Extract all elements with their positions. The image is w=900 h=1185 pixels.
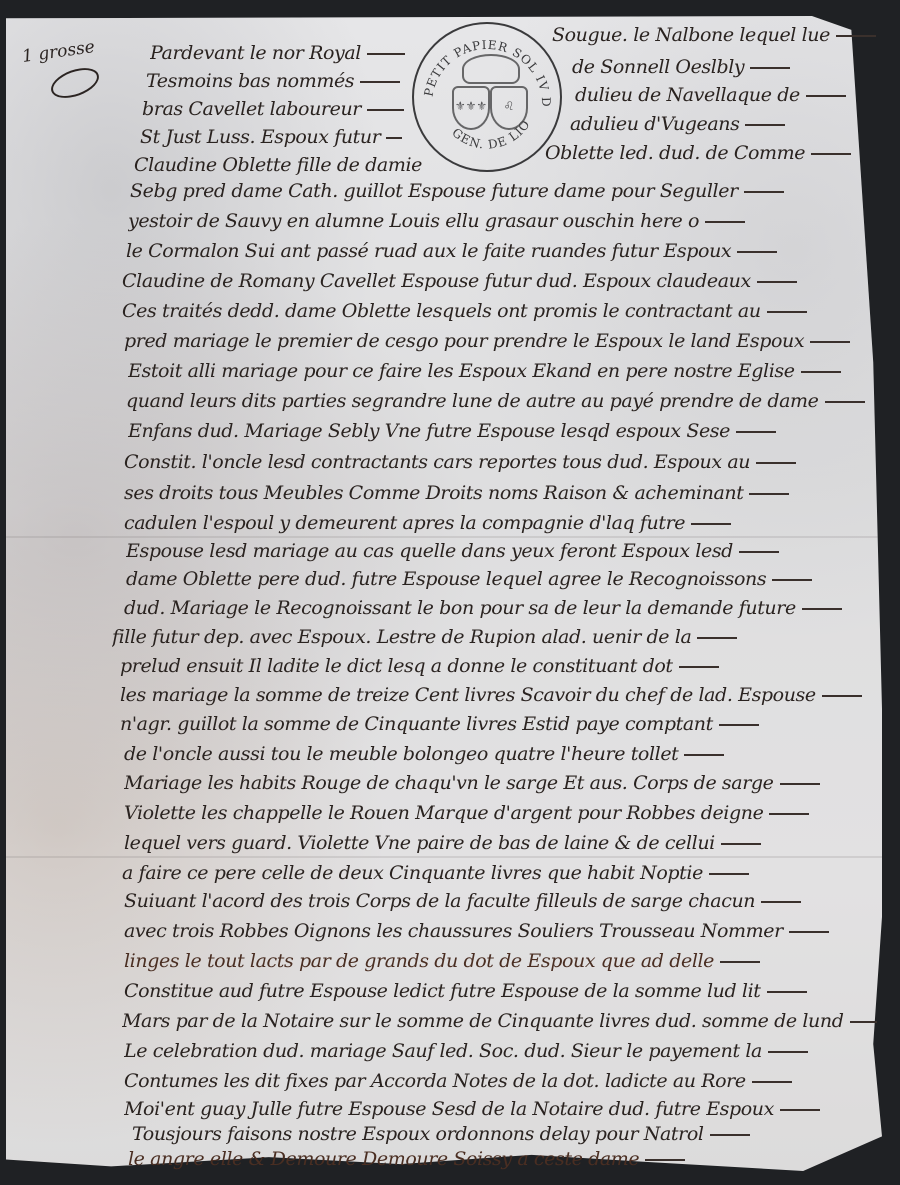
text-line: dud. Mariage le Recognoissant le bon pou… [124,597,876,619]
text-line: pred mariage le premier de cesgo pour pr… [124,330,876,352]
text-line: Tousjours faisons nostre Espoux ordonnon… [132,1123,852,1145]
text-line: bras Cavellet laboureur [142,98,404,120]
text-line: Estoit alli mariage pour ce faire les Es… [128,360,876,382]
document-scan: 1 grosse PETIT PAPIER SOL IV DEN LA F GE… [0,0,900,1185]
text-line: Moi'ent guay Julle futre Espouse Sesd de… [124,1098,876,1120]
text-line: Mariage les habits Rouge de chaqu'vn le … [124,772,876,794]
text-line: Suiuant l'acord des trois Corps de la fa… [124,890,876,912]
text-line: lequel vers guard. Violette Vne paire de… [124,832,876,854]
text-line: Tesmoins bas nommés [146,70,406,92]
text-line: de l'oncle aussi tou le meuble bolongeo … [124,743,876,765]
text-line: St Just Luss. Espoux futur [140,126,402,148]
text-line: Violette les chappelle le Rouen Marque d… [124,802,876,824]
text-line: n'agr. guillot la somme de Cinquante liv… [120,713,875,735]
handwritten-text: Pardevant le nor Royal Tesmoins bas nomm… [0,0,900,1185]
text-line: yestoir de Sauvy en alumne Louis ellu gr… [128,210,873,232]
text-line: fille futur dep. avec Espoux. Lestre de … [112,626,874,648]
text-line: linges le tout lacts par de grands du do… [124,950,876,972]
text-line: Pardevant le nor Royal [150,42,405,64]
text-line: le angre elle & Demoure Demoure Soissy a… [128,1148,848,1170]
text-line: quand leurs dits parties segrandre lune … [126,390,876,412]
text-line: avec trois Robbes Oignons les chaussures… [124,920,876,942]
text-line: dame Oblette pere dud. futre Espouse leq… [126,568,871,590]
text-line: Espouse lesd mariage au cas quelle dans … [126,540,871,562]
text-line: adulieu d'Vugeans [570,113,870,135]
text-line: Constitue aud futre Espouse ledict futre… [124,980,879,1002]
text-line: a faire ce pere celle de deux Cinquante … [122,862,874,884]
text-line: Claudine Oblette fille de damie [134,154,424,176]
text-line: Sougue. le Nalbone lequel lue [552,24,882,46]
text-line: dulieu de Navellaque de [575,84,865,106]
text-line: Le celebration dud. mariage Sauf led. So… [124,1040,874,1062]
text-line: cadulen l'espoul y demeurent apres la co… [124,512,869,534]
text-line: Contumes les dit fixes par Accorda Notes… [124,1070,874,1092]
text-line: les mariage la somme de treize Cent livr… [120,684,872,706]
text-line: le Cormalon Sui ant passé ruad aux le fa… [126,240,876,262]
text-line: Claudine de Romany Cavellet Espouse futu… [122,270,877,292]
text-line: Mars par de la Notaire sur le somme de C… [122,1010,877,1032]
text-line: Oblette led. dud. de Comme [545,142,875,164]
text-line: ses droits tous Meubles Comme Droits nom… [124,482,876,504]
text-line: Ces traités dedd. dame Oblette lesquels … [122,300,877,322]
text-line: Sebg pred dame Cath. guillot Espouse fut… [130,180,875,202]
text-line: Enfans dud. Mariage Sebly Vne futre Espo… [128,420,868,442]
text-line: prelud ensuit Il ladite le dict lesq a d… [120,655,872,677]
text-line: de Sonnell Oeslbly [572,56,872,78]
text-line: Constit. l'oncle lesd contractants cars … [124,451,876,473]
